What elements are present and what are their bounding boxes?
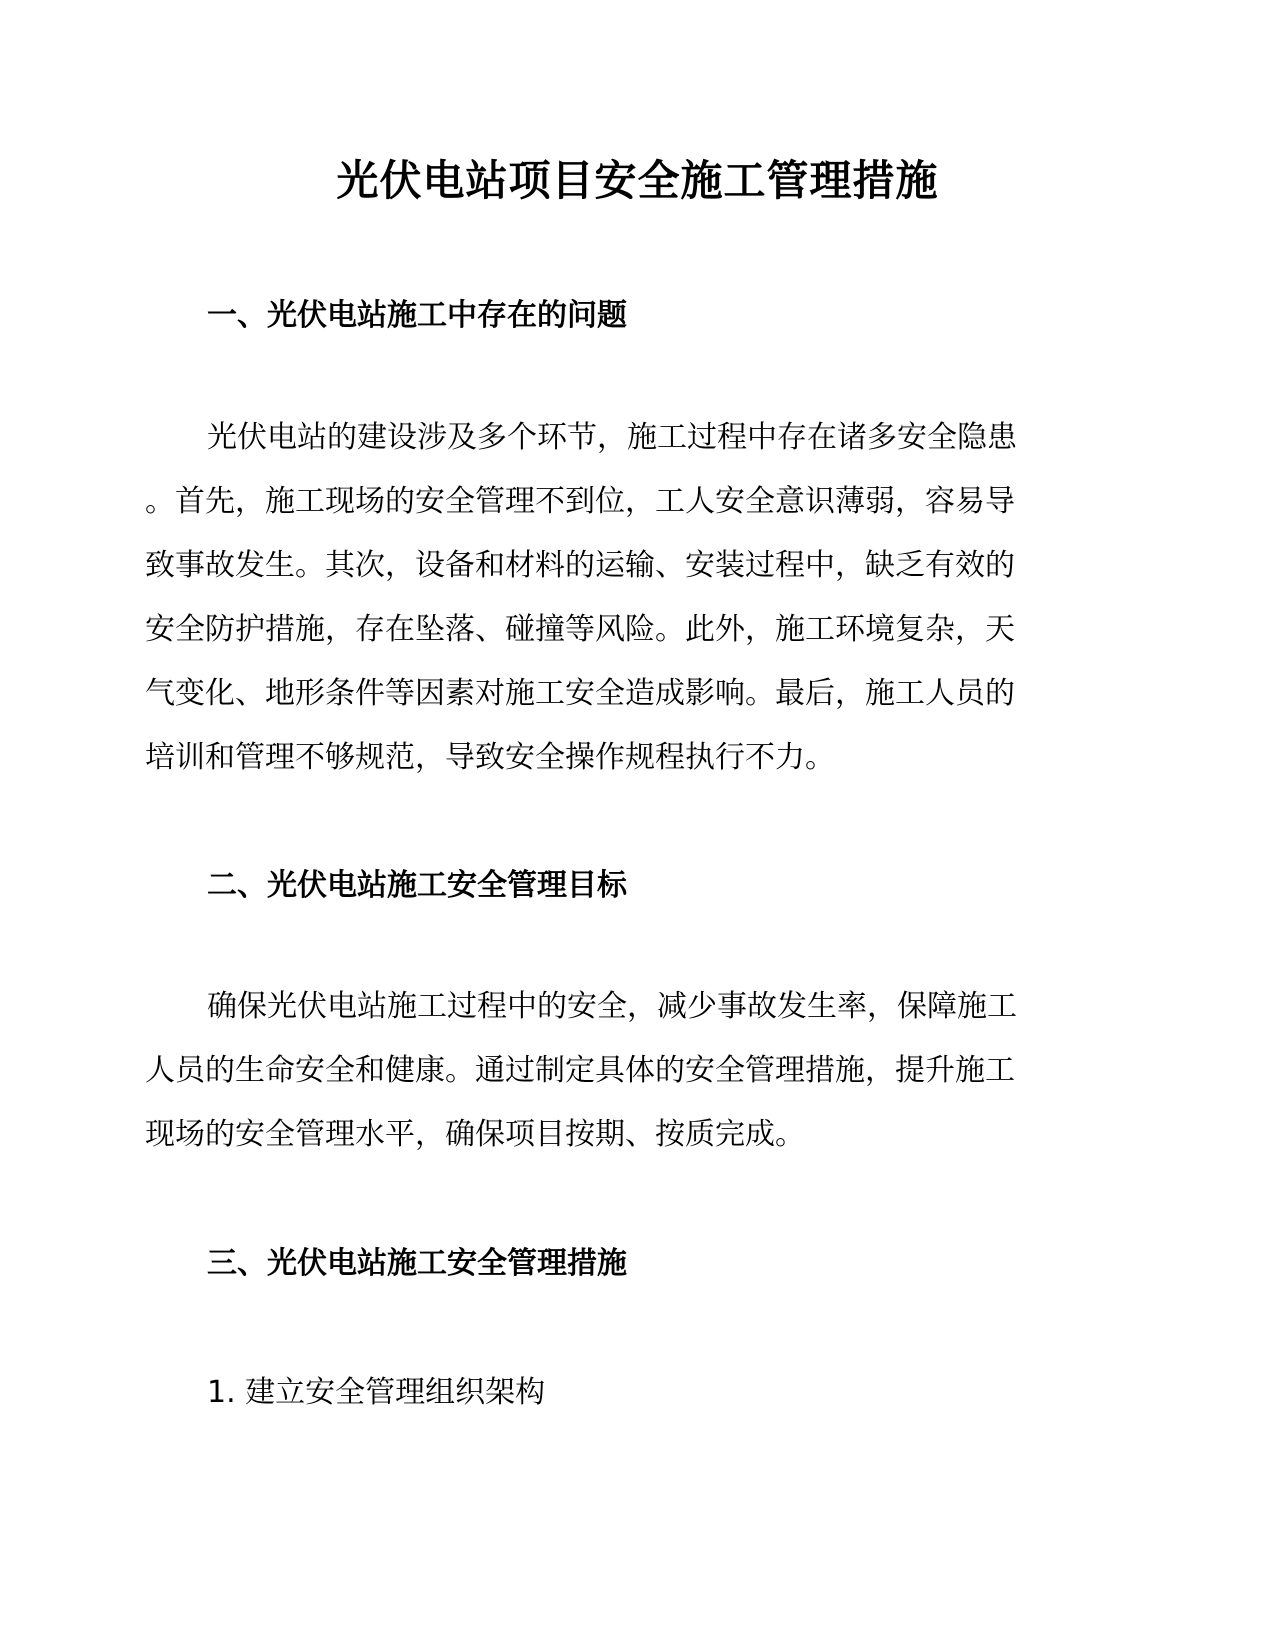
paragraph-line: 致事故发生。其次，设备和材料的运输、安装过程中，缺乏有效的 <box>145 534 1075 598</box>
paragraph-line: 光伏电站的建设涉及多个环节，施工过程中存在诸多安全隐患 <box>145 406 1075 470</box>
subsection-heading: 1. 建立安全管理组织架构 <box>207 1367 545 1411</box>
section-heading-1: 一、光伏电站施工中存在的问题 <box>207 290 627 334</box>
paragraph-line: 现场的安全管理水平，确保项目按期、按质完成。 <box>145 1103 1075 1167</box>
section-heading-3: 三、光伏电站施工安全管理措施 <box>207 1238 627 1282</box>
paragraph-line: 。首先，施工现场的安全管理不到位，工人安全意识薄弱，容易导 <box>145 470 1075 534</box>
paragraph-line: 人员的生命安全和健康。通过制定具体的安全管理措施，提升施工 <box>145 1039 1075 1103</box>
paragraph-line: 气变化、地形条件等因素对施工安全造成影响。最后，施工人员的 <box>145 662 1075 726</box>
section-paragraph-1: 光伏电站的建设涉及多个环节，施工过程中存在诸多安全隐患 。首先，施工现场的安全管… <box>145 406 1075 790</box>
document-title: 光伏电站项目安全施工管理措施 <box>0 148 1275 208</box>
paragraph-line: 安全防护措施，存在坠落、碰撞等风险。此外，施工环境复杂，天 <box>145 598 1075 662</box>
paragraph-line: 确保光伏电站施工过程中的安全，减少事故发生率，保障施工 <box>145 975 1075 1039</box>
section-paragraph-2: 确保光伏电站施工过程中的安全，减少事故发生率，保障施工 人员的生命安全和健康。通… <box>145 975 1075 1167</box>
section-heading-2: 二、光伏电站施工安全管理目标 <box>207 860 627 904</box>
paragraph-line: 培训和管理不够规范，导致安全操作规程执行不力。 <box>145 726 1075 790</box>
